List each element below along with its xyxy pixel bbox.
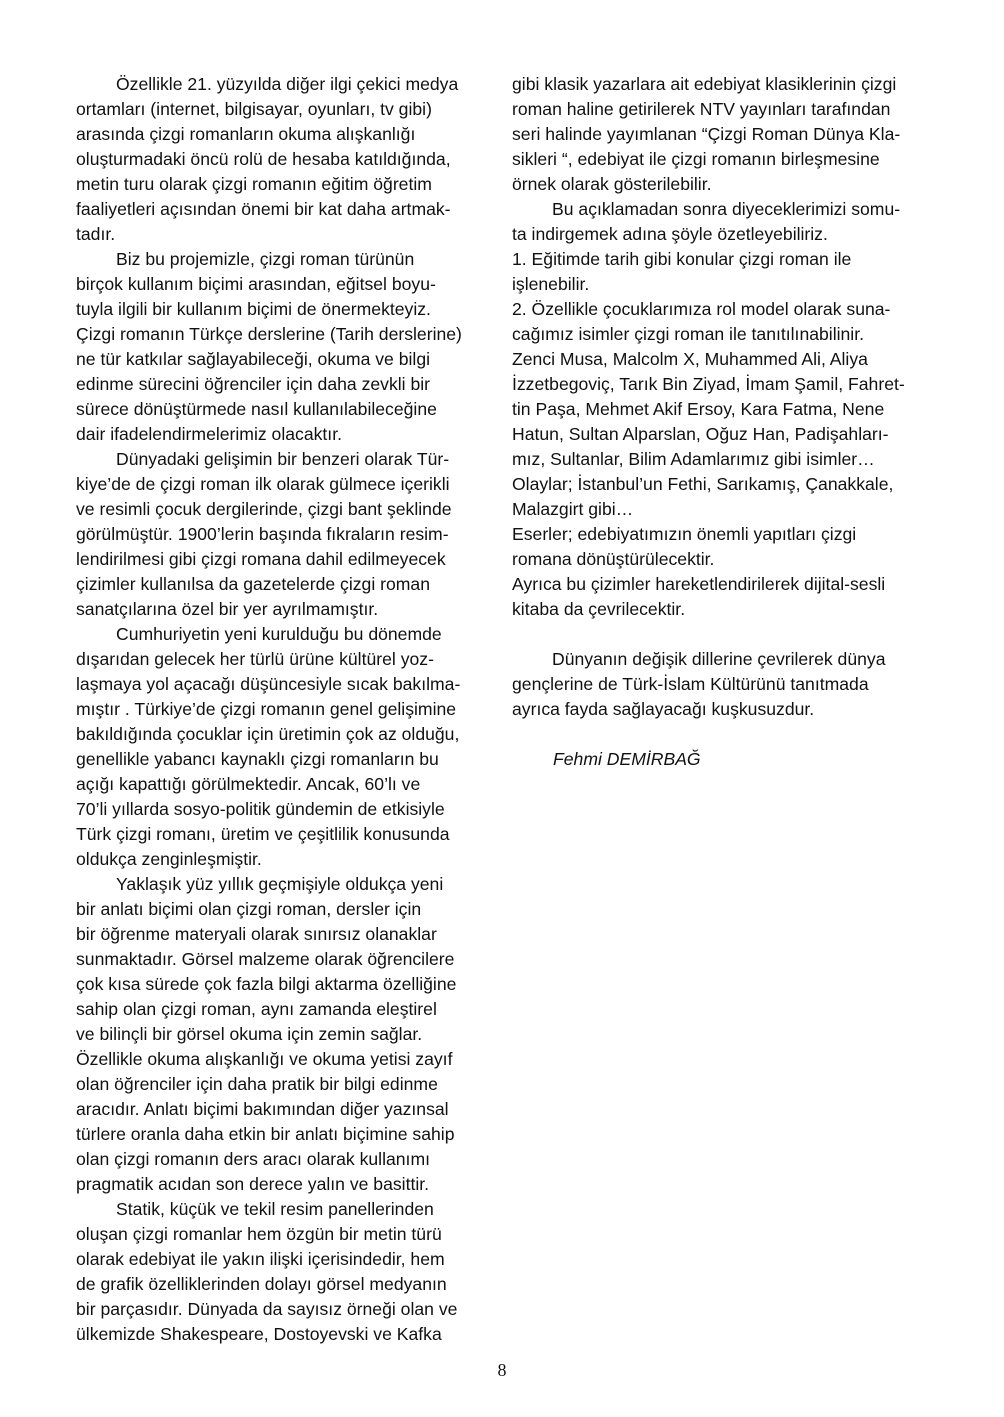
blank-line <box>512 622 932 647</box>
paragraph-line: genellikle yabancı kaynaklı çizgi romanl… <box>76 747 496 772</box>
list-item: işlenebilir. <box>512 272 932 297</box>
paragraph-line: ve resimli çocuk dergilerinde, çizgi ban… <box>76 497 496 522</box>
paragraph-line: kiye’de de çizgi roman ilk olarak gülmec… <box>76 472 496 497</box>
paragraph-line: Zenci Musa, Malcolm X, Muhammed Ali, Ali… <box>512 347 932 372</box>
document-page: Özellikle 21. yüzyılda diğer ilgi çekici… <box>0 0 1004 1417</box>
paragraph-line: ta indirgemek adına şöyle özetleyebiliri… <box>512 222 932 247</box>
paragraph-line: de grafik özelliklerinden dolayı görsel … <box>76 1272 496 1297</box>
paragraph-line: ne tür katkılar sağlayabileceği, okuma v… <box>76 347 496 372</box>
paragraph-line: sanatçılarına özel bir yer ayrılmamıştır… <box>76 597 496 622</box>
paragraph-line: Cumhuriyetin yeni kurulduğu bu dönemde <box>76 622 496 647</box>
paragraph-line: çizimler kullanılsa da gazetelerde çizgi… <box>76 572 496 597</box>
paragraph-line: sahip olan çizgi roman, aynı zamanda ele… <box>76 997 496 1022</box>
paragraph-line: çok kısa sürede çok fazla bilgi aktarma … <box>76 972 496 997</box>
paragraph-line: roman haline getirilerek NTV yayınları t… <box>512 97 932 122</box>
paragraph-line: ve bilinçli bir görsel okuma için zemin … <box>76 1022 496 1047</box>
list-item: cağımız isimler çizgi roman ile tanıtılı… <box>512 322 932 347</box>
paragraph-line: lendirilmesi gibi çizgi romana dahil edi… <box>76 547 496 572</box>
paragraph-line: Olaylar; İstanbul’un Fethi, Sarıkamış, Ç… <box>512 472 932 497</box>
paragraph-line: Biz bu projemizle, çizgi roman türünün <box>76 247 496 272</box>
paragraph-line: aracıdır. Anlatı biçimi bakımından diğer… <box>76 1097 496 1122</box>
paragraph-line: Özellikle okuma alışkanlığı ve okuma yet… <box>76 1047 496 1072</box>
paragraph-line: birçok kullanım biçimi arasından, eğitse… <box>76 272 496 297</box>
paragraph-line: İzzetbegoviç, Tarık Bin Ziyad, İmam Şami… <box>512 372 932 397</box>
paragraph-line: oldukça zenginleşmiştir. <box>76 847 496 872</box>
paragraph-line: faaliyetleri açısından önemi bir kat dah… <box>76 197 496 222</box>
paragraph-line: oluşturmadaki öncü rolü de hesaba katıld… <box>76 147 496 172</box>
paragraph-line: Dünyanın değişik dillerine çevrilerek dü… <box>512 647 932 672</box>
paragraph-line: metin turu olarak çizgi romanın eğitim ö… <box>76 172 496 197</box>
paragraph-line: ülkemizde Shakespeare, Dostoyevski ve Ka… <box>76 1322 496 1347</box>
paragraph-line: olan çizgi romanın ders aracı olarak kul… <box>76 1147 496 1172</box>
paragraph-line: Dünyadaki gelişimin bir benzeri olarak T… <box>76 447 496 472</box>
author-signature: Fehmi DEMİRBAĞ <box>512 747 932 772</box>
paragraph-line: mıştır . Türkiye’de çizgi romanın genel … <box>76 697 496 722</box>
paragraph-line: gençlerine de Türk-İslam Kültürünü tanıt… <box>512 672 932 697</box>
paragraph-line: Özellikle 21. yüzyılda diğer ilgi çekici… <box>76 72 496 97</box>
paragraph-line: Ayrıca bu çizimler hareketlendirilerek d… <box>512 572 932 597</box>
paragraph-line: Eserler; edebiyatımızın önemli yapıtları… <box>512 522 932 547</box>
paragraph-line: sikleri “, edebiyat ile çizgi romanın bi… <box>512 147 932 172</box>
paragraph-line: Bu açıklamadan sonra diyeceklerimizi som… <box>512 197 932 222</box>
paragraph-line: edinme sürecini öğrenciler için daha zev… <box>76 372 496 397</box>
paragraph-line: pragmatik acıdan son derece yalın ve bas… <box>76 1172 496 1197</box>
paragraph-line: olan öğrenciler için daha pratik bir bil… <box>76 1072 496 1097</box>
paragraph-line: Malazgirt gibi… <box>512 497 932 522</box>
paragraph-line: bir parçasıdır. Dünyada da sayısız örneğ… <box>76 1297 496 1322</box>
paragraph-line: bir anlatı biçimi olan çizgi roman, ders… <box>76 897 496 922</box>
paragraph-line: oluşan çizgi romanlar hem özgün bir meti… <box>76 1222 496 1247</box>
paragraph-line: laşmaya yol açacağı düşüncesiyle sıcak b… <box>76 672 496 697</box>
list-item: 1. Eğitimde tarih gibi konular çizgi rom… <box>512 247 932 272</box>
paragraph-line: Türk çizgi romanı, üretim ve çeşitlilik … <box>76 822 496 847</box>
paragraph-line: dışarıdan gelecek her türlü ürüne kültür… <box>76 647 496 672</box>
list-item: 2. Özellikle çocuklarımıza rol model ola… <box>512 297 932 322</box>
paragraph-line: dair ifadelendirmelerimiz olacaktır. <box>76 422 496 447</box>
blank-line <box>512 722 932 747</box>
page-number: 8 <box>0 1360 1004 1381</box>
paragraph-line: olarak edebiyat ile yakın ilişki içerisi… <box>76 1247 496 1272</box>
paragraph-line: tadır. <box>76 222 496 247</box>
paragraph-line: gibi klasik yazarlara ait edebiyat klasi… <box>512 72 932 97</box>
paragraph-line: ayrıca fayda sağlayacağı kuşkusuzdur. <box>512 697 932 722</box>
paragraph-line: 70’li yıllarda sosyo-politik gündemin de… <box>76 797 496 822</box>
paragraph-line: romana dönüştürülecektir. <box>512 547 932 572</box>
paragraph-line: tin Paşa, Mehmet Akif Ersoy, Kara Fatma,… <box>512 397 932 422</box>
paragraph-line: tuyla ilgili bir kullanım biçimi de öner… <box>76 297 496 322</box>
paragraph-line: kitaba da çevrilecektir. <box>512 597 932 622</box>
paragraph-line: örnek olarak gösterilebilir. <box>512 172 932 197</box>
paragraph-line: Statik, küçük ve tekil resim panellerind… <box>76 1197 496 1222</box>
paragraph-line: görülmüştür. 1900’lerin başında fıkralar… <box>76 522 496 547</box>
right-column: gibi klasik yazarlara ait edebiyat klasi… <box>512 72 932 772</box>
paragraph-line: mız, Sultanlar, Bilim Adamlarımız gibi i… <box>512 447 932 472</box>
paragraph-line: Hatun, Sultan Alparslan, Oğuz Han, Padiş… <box>512 422 932 447</box>
paragraph-line: Çizgi romanın Türkçe derslerine (Tarih d… <box>76 322 496 347</box>
paragraph-line: sunmaktadır. Görsel malzeme olarak öğren… <box>76 947 496 972</box>
paragraph-line: bakıldığında çocuklar için üretimin çok … <box>76 722 496 747</box>
paragraph-line: Yaklaşık yüz yıllık geçmişiyle oldukça y… <box>76 872 496 897</box>
paragraph-line: türlere oranla daha etkin bir anlatı biç… <box>76 1122 496 1147</box>
paragraph-line: bir öğrenme materyali olarak sınırsız ol… <box>76 922 496 947</box>
paragraph-line: arasında çizgi romanların okuma alışkanl… <box>76 122 496 147</box>
paragraph-line: sürece dönüştürmede nasıl kullanılabilec… <box>76 397 496 422</box>
paragraph-line: ortamları (internet, bilgisayar, oyunlar… <box>76 97 496 122</box>
left-column: Özellikle 21. yüzyılda diğer ilgi çekici… <box>76 72 496 1347</box>
paragraph-line: açığı kapattığı görülmektedir. Ancak, 60… <box>76 772 496 797</box>
paragraph-line: seri halinde yayımlanan “Çizgi Roman Dün… <box>512 122 932 147</box>
